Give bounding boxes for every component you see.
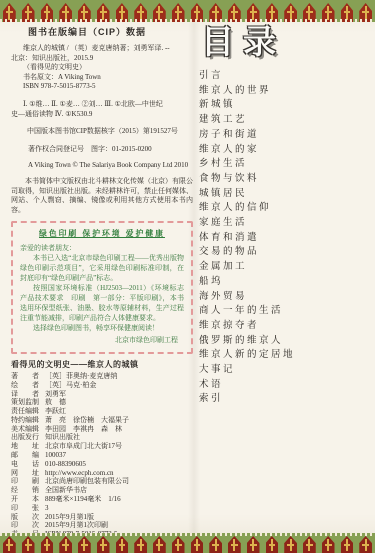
- toc-item: 俄罗斯的维京人: [199, 334, 371, 349]
- credit-row-value: 敖 德: [45, 398, 193, 407]
- toc-item: 维京人的家: [199, 143, 371, 158]
- credit-row-value: 萧 亮 徐岱楠 大福果子: [45, 416, 193, 425]
- credit-row-value: ［英］马克·柏金: [45, 381, 193, 390]
- shield-ornament-icon: [0, 0, 19, 22]
- rights-notice: 本书简体中文版权由北斗耕林文化传媒（北京）有限公司取得，知识出版社出版。未经耕林…: [11, 177, 193, 215]
- green-notice-title: 绿色印刷 保护环境 爱护健康: [20, 228, 184, 239]
- shield-ornament-icon: [206, 533, 225, 553]
- cip-line: 书名原文：A Viking Town: [11, 73, 193, 83]
- decorative-border-top: [0, 0, 375, 22]
- shield-ornament-icon: [56, 533, 75, 553]
- shield-ornament-icon: [225, 0, 244, 22]
- toc-list: 引言维京人的世界新城镇建筑工艺房子和街道维京人的家乡村生活食物与饮料城镇居民维京…: [199, 69, 371, 407]
- toc-item: 城镇居民: [199, 187, 371, 202]
- credit-row: 印 次2015年9月第1次印刷: [11, 521, 193, 530]
- shield-ornament-icon: [38, 533, 57, 553]
- toc-item: 术语: [199, 378, 371, 393]
- credit-row-value: 刘勇军: [45, 390, 193, 399]
- shield-ornament-icon: [281, 0, 300, 22]
- shield-ornament-icon: [169, 533, 188, 553]
- toc-item: 金属加工: [199, 260, 371, 275]
- shield-ornament-icon: [338, 533, 357, 553]
- shield-ornament-icon: [188, 533, 207, 553]
- shield-ornament-icon: [150, 533, 169, 553]
- credit-row-label: 地 址: [11, 442, 45, 451]
- cip-line: 北京：知识出版社，2015.9: [11, 54, 193, 64]
- credit-row-label: 电 话: [11, 460, 45, 469]
- cip-line: ISBN 978-7-5015-8773-5: [11, 82, 193, 92]
- shield-ornament-icon: [263, 533, 282, 553]
- credit-row: 责任编辑李跃红: [11, 407, 193, 416]
- book-series-title: 看得见的文明史——维京人的城镇: [11, 359, 193, 370]
- green-notice-body: 亲爱的读者朋友：本书已入选“北京市绿色印刷工程——优秀出版物绿色印刷示范项目”，…: [20, 243, 184, 333]
- shield-ornament-icon: [356, 0, 375, 22]
- cip-heading: 图书在版编目（CIP）数据: [11, 26, 193, 38]
- shield-ornament-icon: [356, 533, 375, 553]
- green-notice-paragraph: 按照国家环境标准（HJ2503—2011）《环境标志产品技术要求 印刷 第一部分…: [20, 283, 184, 323]
- shield-ornament-icon: [300, 533, 319, 553]
- credit-row-label: 经 销: [11, 486, 45, 495]
- cip-line: 史—通俗读物 Ⅳ. ①K530.9: [11, 110, 193, 120]
- credit-row-value: ［英］菲奥纳·麦克唐纳: [45, 372, 193, 381]
- publication-credits: 著 者［英］菲奥纳·麦克唐纳绘 者［英］马克·柏金译 者刘勇军策划监制敖 德责任…: [11, 372, 193, 548]
- green-notice-paragraph: 选择绿色印刷图书，畅享环保健康阅读！: [20, 323, 184, 333]
- green-notice-signature: 北京市绿色印刷工程: [20, 336, 184, 346]
- shield-ornament-icon: [188, 0, 207, 22]
- toc-item: 维京人的信仰: [199, 201, 371, 216]
- green-notice-paragraph: 本书已入选“北京市绿色印刷工程——优秀出版物绿色印刷示范项目”，它采用绿色印刷标…: [20, 253, 184, 283]
- credit-row-label: 策划监制: [11, 398, 45, 407]
- toc-item: 海外贸易: [199, 290, 371, 305]
- decorative-border-bottom: [0, 533, 375, 553]
- shield-ornament-icon: [244, 0, 263, 22]
- credit-row: 策划监制敖 德: [11, 398, 193, 407]
- credit-row: 特约编辑萧 亮 徐岱楠 大福果子: [11, 416, 193, 425]
- credit-row: 印 张3: [11, 504, 193, 513]
- credit-row-label: 特约编辑: [11, 416, 45, 425]
- toc-item: 船坞: [199, 275, 371, 290]
- credit-row-label: 译 者: [11, 390, 45, 399]
- credit-row: 地 址北京市阜成门北大街17号: [11, 442, 193, 451]
- shield-ornament-icon: [206, 0, 225, 22]
- toc-item: 家庭生活: [199, 216, 371, 231]
- copyright-registration: 著作权合同登记号 图字：01-2015-0200: [11, 145, 193, 155]
- credit-row-value: 李跃红: [45, 407, 193, 416]
- toc-item: 大事记: [199, 363, 371, 378]
- credit-row-label: 印 张: [11, 504, 45, 513]
- shield-ornament-icon: [19, 0, 38, 22]
- green-print-notice-box: 绿色印刷 保护环境 爱护健康 亲爱的读者朋友：本书已入选“北京市绿色印刷工程——…: [11, 221, 193, 354]
- cip-line: Ⅰ. ①维… Ⅱ. ①麦… ②刘… Ⅲ. ①北欧—中世纪: [11, 100, 193, 110]
- toc-item: 体育和消遣: [199, 231, 371, 246]
- shield-ornament-icon: [319, 0, 338, 22]
- toc-item: 索引: [199, 392, 371, 407]
- toc-title: 目录: [199, 24, 371, 60]
- shield-ornament-icon: [244, 533, 263, 553]
- cip-line: 维京人的城镇 / （英）麦克唐纳著；刘勇军译. --: [11, 44, 193, 54]
- shield-ornament-icon: [338, 0, 357, 22]
- shield-ornament-icon: [131, 533, 150, 553]
- toc-item: 食物与饮料: [199, 172, 371, 187]
- copyright-column: 图书在版编目（CIP）数据 维京人的城镇 / （英）麦克唐纳著；刘勇军译. --…: [11, 26, 193, 553]
- credit-row: 著 者［英］菲奥纳·麦克唐纳: [11, 372, 193, 381]
- shield-ornament-icon: [19, 533, 38, 553]
- toc-item: 房子和街道: [199, 128, 371, 143]
- shield-ornament-icon: [113, 533, 132, 553]
- credit-row-value: 2015年9月第1次印刷: [45, 521, 193, 530]
- shield-ornament-icon: [263, 0, 282, 22]
- cip-line: （看得见的文明史）: [11, 63, 193, 73]
- credit-row: 开 本889毫米×1194毫米 1/16: [11, 495, 193, 504]
- credit-row-label: 印 刷: [11, 477, 45, 486]
- credit-row-label: 著 者: [11, 372, 45, 381]
- toc-item: 新城镇: [199, 98, 371, 113]
- credit-row: 印 刷北京尚唐印刷包装有限公司: [11, 477, 193, 486]
- credit-row-value: 北京市阜成门北大街17号: [45, 442, 193, 451]
- shield-ornament-icon: [131, 0, 150, 22]
- cip-line: 中国版本图书馆CIP数据核字（2015）第191527号: [11, 127, 193, 137]
- shield-ornament-icon: [225, 533, 244, 553]
- toc-item: 引言: [199, 69, 371, 84]
- credit-row-value: 3: [45, 504, 193, 513]
- cip-block: 维京人的城镇 / （英）麦克唐纳著；刘勇军译. --北京：知识出版社，2015.…: [11, 44, 193, 137]
- credit-row-label: 出版发行: [11, 433, 45, 442]
- shield-ornament-icon: [75, 533, 94, 553]
- credit-row-label: 绘 者: [11, 381, 45, 390]
- credit-row: 电 话010-88390605: [11, 460, 193, 469]
- credit-row-label: 印 次: [11, 521, 45, 530]
- shield-ornament-icon: [281, 533, 300, 553]
- shield-ornament-icon: [150, 0, 169, 22]
- toc-column: 目录 引言维京人的世界新城镇建筑工艺房子和街道维京人的家乡村生活食物与饮料城镇居…: [199, 24, 371, 407]
- credit-row: 译 者刘勇军: [11, 390, 193, 399]
- toc-item: 商人一年的生活: [199, 304, 371, 319]
- shield-ornament-icon: [0, 533, 19, 553]
- toc-item: 维京人的世界: [199, 84, 371, 99]
- toc-item: 乡村生活: [199, 157, 371, 172]
- credit-row-value: 010-88390605: [45, 460, 193, 469]
- shield-ornament-icon: [94, 533, 113, 553]
- credit-row-label: 开 本: [11, 495, 45, 504]
- shield-ornament-icon: [94, 0, 113, 22]
- credit-row: 经 销全国新华书店: [11, 486, 193, 495]
- credit-row-label: 邮 编: [11, 451, 45, 460]
- credit-row-value: 全国新华书店: [45, 486, 193, 495]
- shield-ornament-icon: [113, 0, 132, 22]
- credit-row-value: 889毫米×1194毫米 1/16: [45, 495, 193, 504]
- credit-row-value: 知识出版社: [45, 433, 193, 442]
- credit-row-value: 100037: [45, 451, 193, 460]
- credit-row: 出版发行知识出版社: [11, 433, 193, 442]
- original-copyright-line: A Viking Town © The Salariya Book Compan…: [11, 161, 193, 171]
- green-notice-paragraph: 亲爱的读者朋友：: [20, 243, 184, 253]
- toc-item: 维京掠夺者: [199, 319, 371, 334]
- shield-ornament-icon: [319, 533, 338, 553]
- toc-item: 建筑工艺: [199, 113, 371, 128]
- credit-row-label: 责任编辑: [11, 407, 45, 416]
- shield-ornament-icon: [38, 0, 57, 22]
- credit-row-value: 北京尚唐印刷包装有限公司: [45, 477, 193, 486]
- credit-row: 邮 编100037: [11, 451, 193, 460]
- shield-ornament-icon: [75, 0, 94, 22]
- shield-ornament-icon: [56, 0, 75, 22]
- shield-ornament-icon: [169, 0, 188, 22]
- toc-item: 交易的物品: [199, 245, 371, 260]
- shield-ornament-icon: [300, 0, 319, 22]
- toc-item: 维京人新的定居地: [199, 348, 371, 363]
- credit-row: 绘 者［英］马克·柏金: [11, 381, 193, 390]
